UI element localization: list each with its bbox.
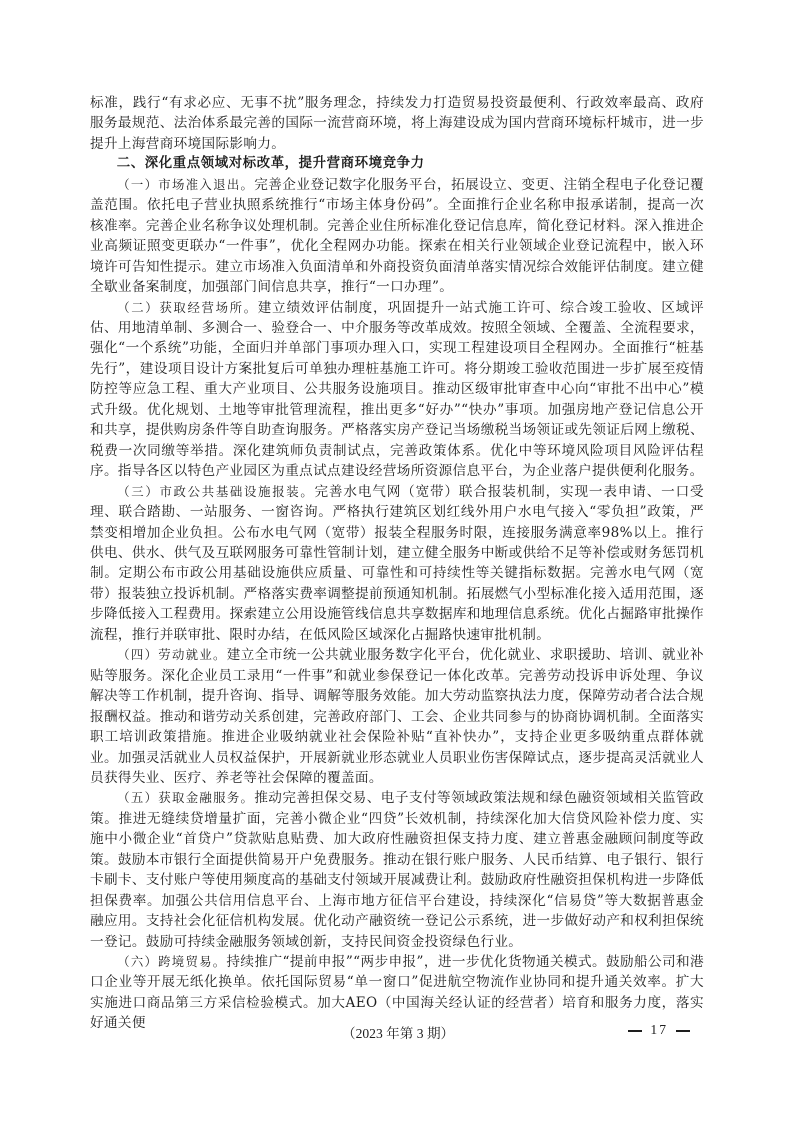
paragraph-utilities: （三）市政公共基础设施报装。完善水电气网（宽带）联合报装机制，实现一表申请、一口… — [90, 482, 704, 646]
section-heading: 二、深化重点领域对标改革，提升营商环境竞争力 — [90, 154, 704, 174]
paragraph-market-access: （一）市场准入退出。完善企业登记数字化服务平台，拓展设立、变更、注销全程电子化登… — [90, 175, 704, 298]
item-title: （四）劳动就业。 — [117, 647, 227, 662]
item-title: （五）获取金融服务。 — [117, 790, 254, 805]
document-body: 标准，践行“有求必应、无事不扰”服务理念，持续发力打造贸易投资最便利、行政效率最… — [90, 93, 704, 1034]
item-title: （三）市政公共基础设施报装。 — [117, 484, 314, 499]
paragraph-employment: （四）劳动就业。建立全市统一公共就业服务数字化平台，优化就业、求职援助、培训、就… — [90, 645, 704, 788]
item-title: （二）获取经营场所。 — [117, 300, 258, 315]
item-title: （六）跨境贸易。 — [117, 954, 226, 969]
page-number-value: 17 — [650, 1022, 668, 1037]
item-body: 建立全市统一公共就业服务数字化平台，优化就业、求职援助、培训、就业补贴等服务。深… — [90, 647, 704, 786]
page-number: 17 — [620, 1022, 698, 1038]
item-title: （一）市场准入退出。 — [117, 177, 254, 192]
page-footer: （2023 年第 3 期） 17 — [90, 1022, 704, 1042]
dash-left — [628, 1030, 642, 1032]
item-body: 建立绩效评估制度，巩固提升一站式施工许可、综合竣工验收、区域评估、用地清单制、多… — [90, 300, 704, 480]
intro-paragraph: 标准，践行“有求必应、无事不扰”服务理念，持续发力打造贸易投资最便利、行政效率最… — [90, 93, 704, 154]
dash-right — [676, 1030, 690, 1032]
issue-label: （2023 年第 3 期） — [342, 1022, 454, 1042]
paragraph-financial-services: （五）获取金融服务。推动完善担保交易、电子支付等领域政策法规和绿色融资领域相关监… — [90, 788, 704, 952]
item-body: 推动完善担保交易、电子支付等领域政策法规和绿色融资领域相关监管政策。推进无缝续贷… — [90, 790, 704, 949]
item-body: 完善企业登记数字化服务平台，拓展设立、变更、注销全程电子化登记覆盖范围。依托电子… — [90, 177, 704, 295]
item-body: 完善水电气网（宽带）联合报装机制，实现一表申请、一口受理、联合踏勘、一站服务、一… — [90, 484, 704, 643]
paragraph-business-premises: （二）获取经营场所。建立绩效评估制度，巩固提升一站式施工许可、综合竣工验收、区域… — [90, 298, 704, 482]
